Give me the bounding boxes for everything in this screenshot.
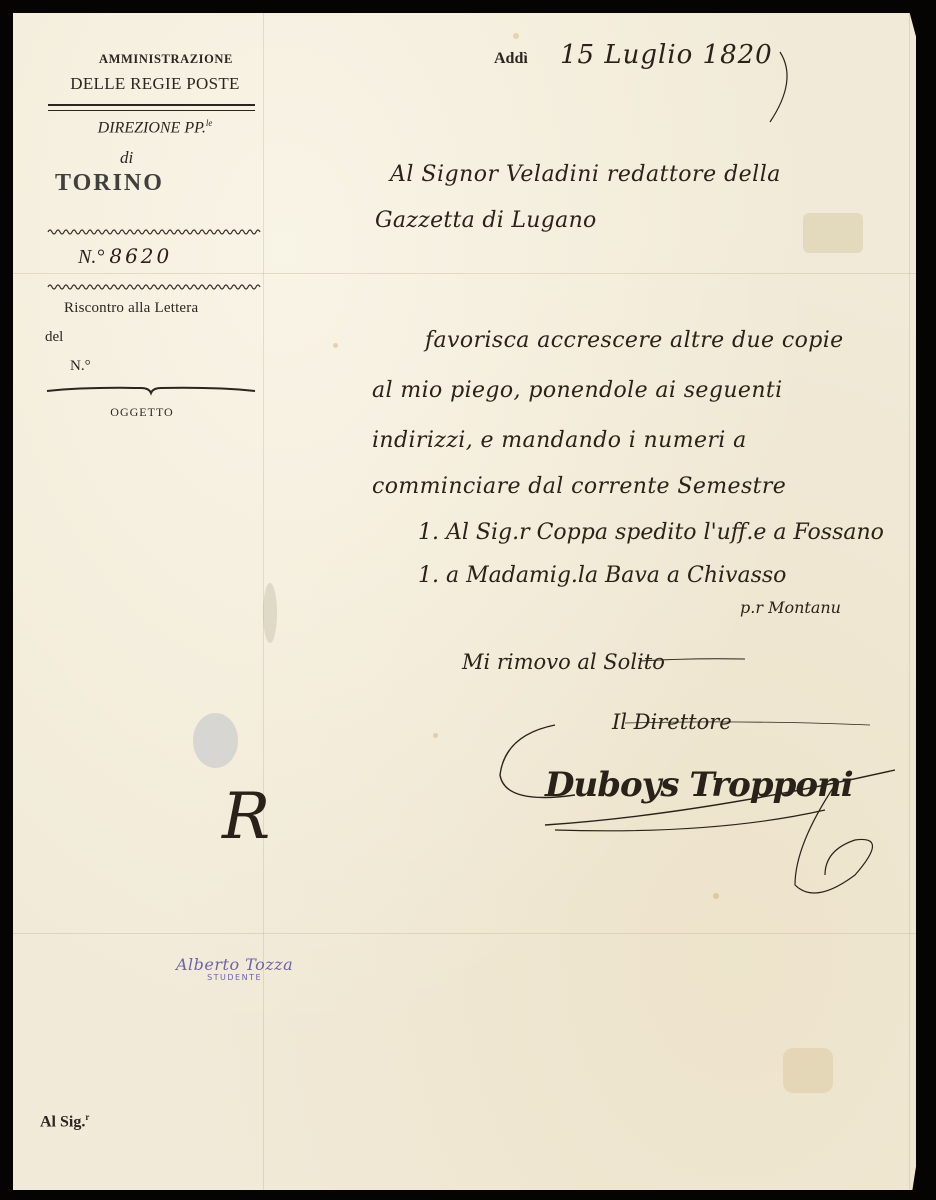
brace-rule bbox=[45, 384, 257, 396]
direction-label: DIREZIONE PP.le bbox=[55, 118, 255, 137]
header-rule bbox=[48, 104, 255, 111]
item-note: p.r Montanu bbox=[740, 598, 841, 617]
margin-initial: R bbox=[222, 780, 270, 854]
stain bbox=[783, 1048, 833, 1093]
addressee-line2: Gazzetta di Lugano bbox=[375, 208, 597, 233]
list-item: 1. a Madamig.la Bava a Chivasso bbox=[418, 563, 786, 588]
number-value: 8620 bbox=[109, 244, 172, 268]
fold-line bbox=[13, 273, 916, 274]
fold-line bbox=[909, 13, 910, 1190]
stain bbox=[263, 583, 277, 643]
date-flourish bbox=[760, 50, 800, 125]
wavy-rule bbox=[48, 228, 262, 236]
letter-date: 15 Luglio 1820 bbox=[560, 40, 773, 70]
number-label: N.° bbox=[78, 246, 104, 268]
ownership-stamp: Alberto Tozza STUDENTE bbox=[176, 955, 293, 982]
stamp-role: STUDENTE bbox=[176, 973, 293, 982]
body-line: comminciare dal corrente Semestre bbox=[372, 474, 786, 499]
addressee-label-superscript: r bbox=[85, 1112, 89, 1122]
direction-superscript: le bbox=[206, 118, 213, 128]
foxing-spot bbox=[433, 733, 438, 738]
stain bbox=[803, 213, 863, 253]
foxing-spot bbox=[513, 33, 519, 39]
addressee-label: Al Sig.r bbox=[40, 1112, 89, 1131]
del-label: del bbox=[45, 329, 63, 346]
no-label: N.° bbox=[70, 358, 91, 375]
addressee-line1: Al Signor Veladini redattore della bbox=[390, 162, 781, 187]
foxing-spot bbox=[333, 343, 338, 348]
addressee-label-text: Al Sig. bbox=[40, 1113, 85, 1130]
closing-line: Mi rimovo al Solito bbox=[462, 650, 665, 674]
city-stamp: TORINO bbox=[55, 170, 164, 197]
form-header-line2: DELLE REGIE POSTE bbox=[50, 74, 260, 94]
di-label: di bbox=[120, 148, 133, 168]
fold-line bbox=[13, 933, 916, 934]
list-item: 1. Al Sig.r Coppa spedito l'uff.e a Foss… bbox=[418, 520, 884, 545]
body-line: indirizzi, e mandando i numeri a bbox=[372, 428, 747, 453]
direction-text: DIREZIONE PP. bbox=[98, 119, 206, 136]
body-line: al mio piego, ponendole ai seguenti bbox=[372, 378, 783, 403]
form-header-line1: AMMINISTRAZIONE bbox=[76, 52, 256, 67]
closing-flourish bbox=[640, 655, 750, 665]
wavy-rule bbox=[48, 283, 262, 291]
reply-label: Riscontro alla Lettera bbox=[64, 300, 198, 317]
signature-flourish bbox=[495, 715, 895, 905]
protocol-number: N.° 8620 bbox=[78, 244, 172, 269]
ink-smudge bbox=[193, 713, 238, 768]
date-prefix: Addì bbox=[494, 50, 528, 68]
body-line: favorisca accrescere altre due copie bbox=[425, 328, 844, 353]
stamp-name: Alberto Tozza bbox=[176, 955, 293, 974]
subject-label: OGGETTO bbox=[72, 405, 212, 420]
